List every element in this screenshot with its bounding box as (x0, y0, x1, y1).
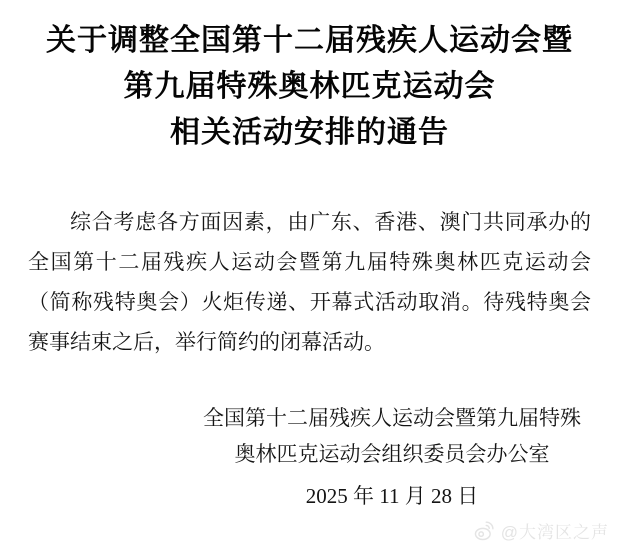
notice-body-line-1: 综合考虑各方面因素，由广东、香港、澳门共同承办的 (28, 202, 591, 242)
notice-body-line-4: 赛事结束之后，举行简约的闭幕活动。 (28, 322, 591, 362)
notice-body-line-3: （简称残特奥会）火炬传递、开幕式活动取消。待残特奥会 (28, 282, 591, 322)
notice-document: 关于调整全国第十二届残疾人运动会暨 第九届特殊奥林匹克运动会 相关活动安排的通告… (0, 0, 619, 548)
notice-title: 关于调整全国第十二届残疾人运动会暨 第九届特殊奥林匹克运动会 相关活动安排的通告 (0, 0, 619, 156)
signature-block: 全国第十二届残疾人运动会暨第九届特殊 奥林匹克运动会组织委员会办公室 2025 … (192, 400, 592, 514)
notice-title-line-3: 相关活动安排的通告 (0, 110, 619, 156)
notice-title-line-2: 第九届特殊奥林匹克运动会 (0, 64, 619, 110)
notice-title-line-1: 关于调整全国第十二届残疾人运动会暨 (0, 18, 619, 64)
weibo-icon (474, 520, 496, 542)
signature-line-1: 全国第十二届残疾人运动会暨第九届特殊 (192, 400, 592, 436)
notice-body-line-2: 全国第十二届残疾人运动会暨第九届特殊奥林匹克运动会 (28, 242, 591, 282)
signature-line-2: 奥林匹克运动会组织委员会办公室 (192, 436, 592, 472)
notice-body: 综合考虑各方面因素，由广东、香港、澳门共同承办的 全国第十二届残疾人运动会暨第九… (28, 202, 591, 362)
notice-date: 2025 年 11 月 28 日 (192, 478, 592, 514)
weibo-watermark: @大湾区之声 (474, 518, 609, 543)
watermark-account-label: @大湾区之声 (501, 518, 609, 543)
